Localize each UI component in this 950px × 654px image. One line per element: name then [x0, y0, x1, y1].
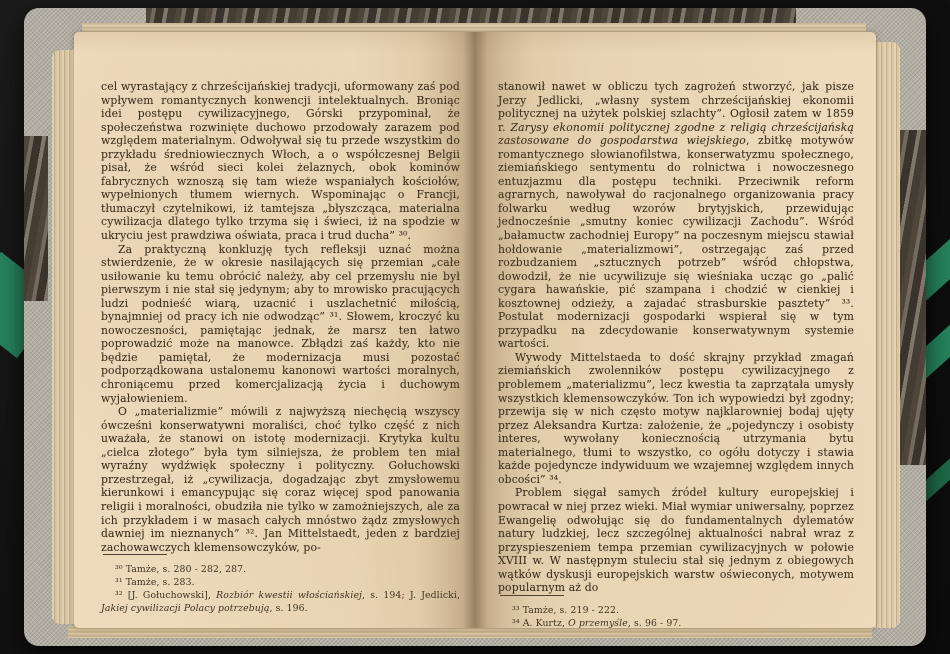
footnote-divider	[103, 554, 167, 555]
book-title-italic: O przemyśle	[568, 618, 628, 628]
marbled-cover-edge-left	[24, 136, 48, 301]
footnote: ³² [J. Gołuchowski], Rozbiór kwestii wło…	[101, 589, 460, 615]
book-photo: cel wyrastający z chrześcijańskiej trady…	[0, 0, 950, 654]
text-segment: , s. 96 - 97.	[628, 618, 682, 628]
left-page-text: cel wyrastający z chrześcijańskiej trady…	[101, 80, 460, 554]
open-book: cel wyrastający z chrześcijańskiej trady…	[24, 8, 926, 646]
footnote: ³⁰ Tamże, s. 280 - 282, 287.	[101, 563, 460, 576]
text-segment: ³² [J. Gołuchowski],	[115, 590, 216, 601]
paragraph: Wywody Mittelstaeda to dość skrajny przy…	[498, 351, 854, 486]
paragraph: Problem sięgał samych źródeł kultury eur…	[498, 486, 854, 594]
right-page: stanowił nawet w obliczu tych zagrożeń s…	[475, 32, 876, 628]
text-segment: , zbitkę motywów romantycznego słowianof…	[498, 134, 854, 350]
footnote: ³¹ Tamże, s. 283.	[101, 576, 460, 589]
left-page: cel wyrastający z chrześcijańskiej trady…	[74, 32, 475, 628]
paragraph: O „materializmie” mówili z najwyższą nie…	[101, 405, 460, 554]
text-segment: , s. 196.	[270, 603, 308, 614]
text-segment: ³⁴ A. Kurtz,	[512, 618, 568, 628]
right-page-text: stanowił nawet w obliczu tych zagrożeń s…	[498, 80, 854, 595]
marbled-cover-edge-right	[899, 130, 926, 465]
paragraph: Za praktyczną konkluzję tych refleksji u…	[101, 243, 460, 406]
right-page-footnotes: ³³ Tamże, s. 219 - 222. ³⁴ A. Kurtz, O p…	[498, 595, 854, 628]
page-edges-right	[874, 42, 900, 628]
book-title-italic: Jakiej cywilizacji Polacy potrzebują	[101, 603, 270, 614]
paragraph: cel wyrastający z chrześcijańskiej trady…	[101, 80, 460, 243]
book-title-italic: Rozbiór kwestii włościańskiej	[216, 590, 362, 601]
page-edges-left	[52, 50, 76, 624]
footnote: ³⁴ A. Kurtz, O przemyśle, s. 96 - 97.	[498, 617, 854, 628]
text-segment: , s. 194; J. Jedlicki,	[362, 590, 460, 601]
footnote: ³³ Tamże, s. 219 - 222.	[498, 604, 854, 617]
paragraph: stanowił nawet w obliczu tych zagrożeń s…	[498, 80, 854, 351]
left-page-footnotes: ³⁰ Tamże, s. 280 - 282, 287. ³¹ Tamże, s…	[101, 554, 460, 615]
page-spread: cel wyrastający z chrześcijańskiej trady…	[74, 32, 876, 628]
footnote-divider	[500, 595, 564, 596]
